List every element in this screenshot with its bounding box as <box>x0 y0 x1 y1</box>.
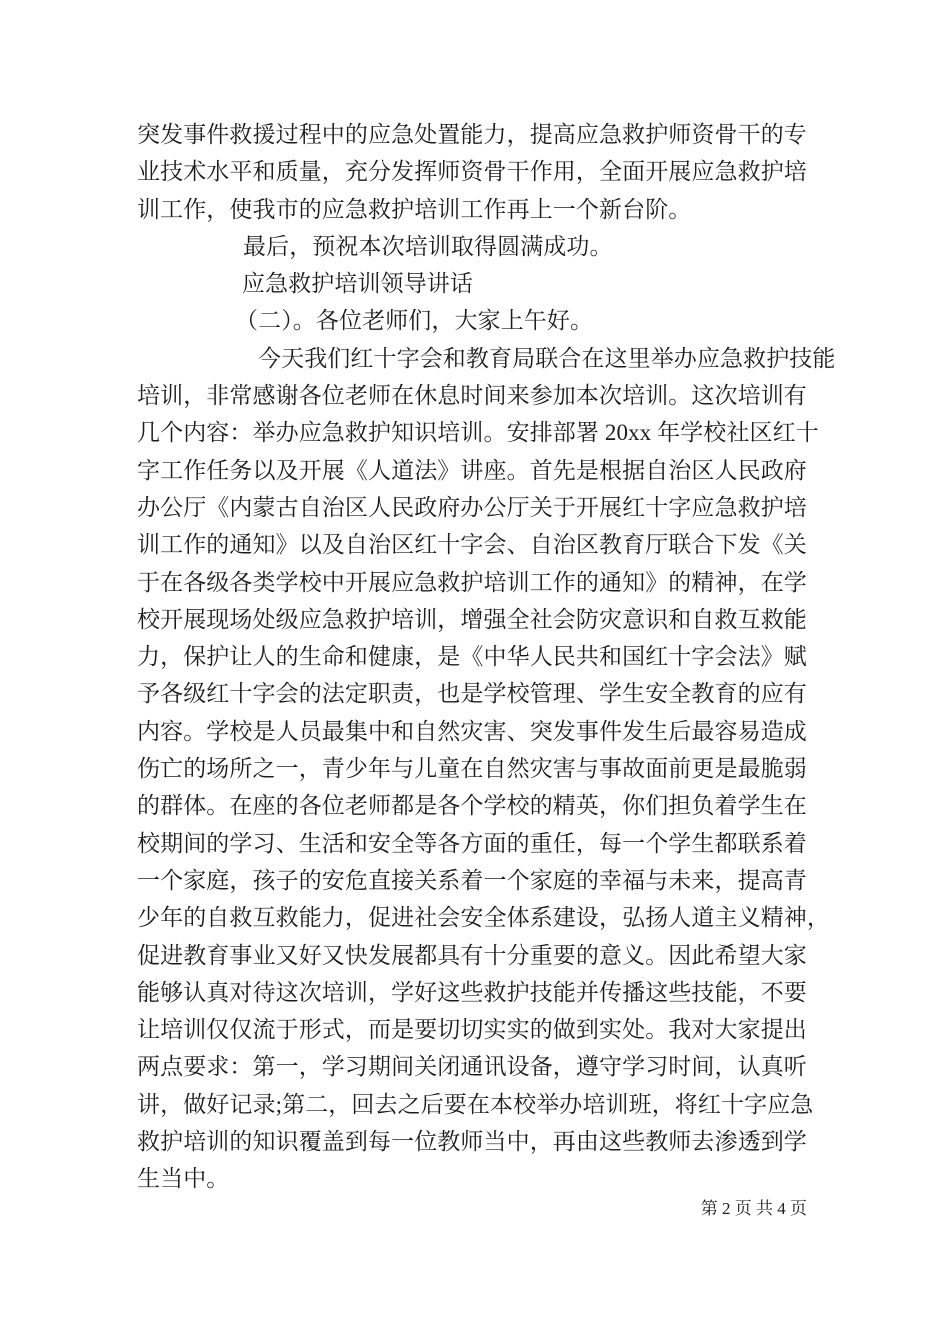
text-line: 伤亡的场所之一，青少年与儿童在自然灾害与事故面前更是最脆弱 <box>137 750 809 787</box>
page-number: 第 2 页 共 4 页 <box>701 1197 807 1221</box>
text-line: 训工作，使我市的应急救护培训工作再上一个新台阶。 <box>137 191 809 228</box>
document-page: 突发事件救援过程中的应急处置能力，提高应急救护师资骨干的专业技术水平和质量，充分… <box>0 0 950 1344</box>
text-line: 两点要求：第一，学习期间关闭通讯设备，遵守学习时间，认真听 <box>137 1048 809 1085</box>
text-line: 予各级红十字会的法定职责，也是学校管理、学生安全教育的应有 <box>137 675 809 712</box>
text-line: 办公厅《内蒙古自治区人民政府办公厅关于开展红十字应急救护培 <box>137 489 809 526</box>
text-line: 让培训仅仅流于形式，而是要切切实实的做到实处。我对大家提出 <box>137 1011 809 1048</box>
text-line: 少年的自救互救能力，促进社会安全体系建设，弘扬人道主义精神， <box>137 899 809 936</box>
text-line: 字工作任务以及开展《人道法》讲座。首先是根据自治区人民政府 <box>137 452 809 489</box>
text-line: 力，保护让人的生命和健康，是《中华人民共和国红十字会法》赋 <box>137 638 809 675</box>
text-line: 能够认真对待这次培训，学好这些救护技能并传播这些技能，不要 <box>137 974 809 1011</box>
text-line: 促进教育事业又好又快发展都具有十分重要的意义。因此希望大家 <box>137 937 809 974</box>
text-line: 突发事件救援过程中的应急处置能力，提高应急救护师资骨干的专 <box>137 116 809 153</box>
text-line: 于在各级各类学校中开展应急救护培训工作的通知》的精神，在学 <box>137 564 809 601</box>
text-line: 救护培训的知识覆盖到每一位教师当中，再由这些教师去渗透到学 <box>137 1123 809 1160</box>
text-line: 的群体。在座的各位老师都是各个学校的精英，你们担负着学生在 <box>137 787 809 824</box>
text-line: 校期间的学习、生活和安全等各方面的重任，每一个学生都联系着 <box>137 825 809 862</box>
text-line: 几个内容：举办应急救护知识培训。安排部署 20xx 年学校社区红十 <box>137 414 809 451</box>
text-line: 校开展现场处级应急救护培训，增强全社会防灾意识和自救互救能 <box>137 601 809 638</box>
text-line: 业技术水平和质量，充分发挥师资骨干作用，全面开展应急救护培 <box>137 153 809 190</box>
text-line: 生当中。 <box>137 1160 809 1197</box>
text-line: 培训，非常感谢各位老师在休息时间来参加本次培训。这次培训有 <box>137 377 809 414</box>
text-line: 讲，做好记录;第二，回去之后要在本校举办培训班，将红十字应急 <box>137 1086 809 1123</box>
text-line: 应急救护培训领导讲话 <box>137 265 809 302</box>
text-line: 训工作的通知》以及自治区红十字会、自治区教育厅联合下发《关 <box>137 526 809 563</box>
text-line: 内容。学校是人员最集中和自然灾害、突发事件发生后最容易造成 <box>137 713 809 750</box>
text-line: 今天我们红十字会和教育局联合在这里举办应急救护技能 <box>137 340 809 377</box>
text-line: 一个家庭，孩子的安危直接关系着一个家庭的幸福与未来，提高青 <box>137 862 809 899</box>
text-line: 最后，预祝本次培训取得圆满成功。 <box>137 228 809 265</box>
document-body: 突发事件救援过程中的应急处置能力，提高应急救护师资骨干的专业技术水平和质量，充分… <box>137 116 809 1198</box>
text-line: （二）。各位老师们，大家上午好。 <box>137 302 809 339</box>
